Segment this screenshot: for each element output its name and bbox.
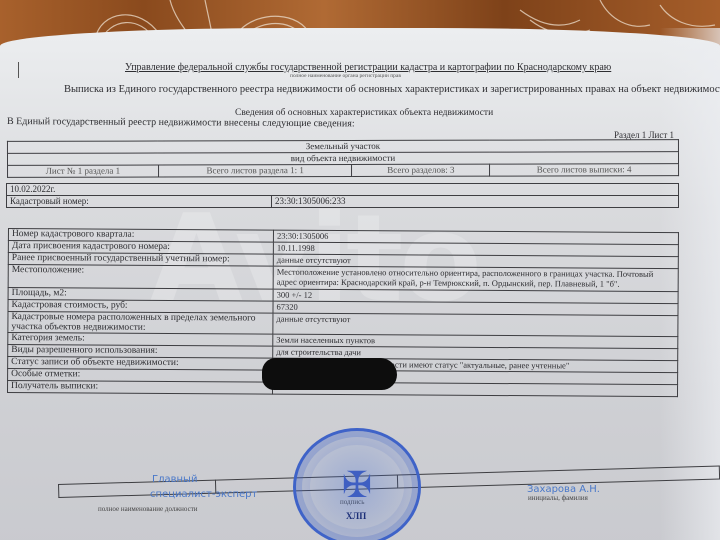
coat-of-arms-icon: ✠ <box>332 461 382 509</box>
organization-caption: полное наименование органа регистрации п… <box>290 73 401 79</box>
total-sheets: Всего листов выписки: 4 <box>490 164 679 176</box>
redaction-mark <box>262 358 397 390</box>
total-sections: Всего разделов: 3 <box>352 164 490 176</box>
section-title: Сведения об основных характеристиках объ… <box>235 108 493 118</box>
stamp-text: ХЛП <box>346 511 366 521</box>
extract-date: 10.02.2022г. <box>7 184 679 196</box>
margin-mark <box>18 62 19 78</box>
sheets-in-section: Всего листов раздела 1: 1 <box>158 164 352 177</box>
name-caption: инициалы, фамилия <box>528 494 588 502</box>
position-caption: полное наименование должности <box>98 505 198 513</box>
object-header-table: Земельный участок вид объекта недвижимос… <box>7 139 679 178</box>
cadastral-number-label: Кадастровый номер: <box>7 196 272 208</box>
position-handwritten-1: Главный <box>152 474 197 485</box>
organization-name: Управление федеральной службы государств… <box>125 62 611 73</box>
cadastral-number-value: 23:30:1305006:233 <box>272 196 679 208</box>
position-handwritten-2: специалист-эксперт <box>150 489 257 500</box>
date-cadastral-table: 10.02.2022г. Кадастровый номер: 23:30:13… <box>6 183 679 208</box>
official-stamp: ✠ ХЛП <box>293 428 421 540</box>
sheet-number: Лист № 1 раздела 1 <box>8 165 159 177</box>
document-title: Выписка из Единого государственного реес… <box>64 84 720 95</box>
